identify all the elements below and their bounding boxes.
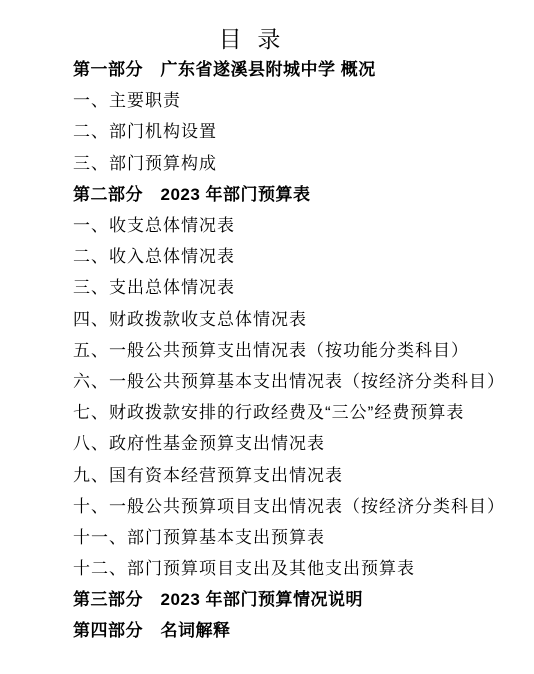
- toc-entry: 二、部门机构设置: [73, 114, 518, 145]
- toc-entry: 六、一般公共预算基本支出情况表（按经济分类科目）: [73, 364, 518, 395]
- page-title: 目 录: [73, 26, 427, 52]
- toc-entry: 四、财政拨款收支总体情况表: [73, 302, 518, 333]
- table-of-contents: 目 录 第一部分 广东省遂溪县附城中学 概况 一、主要职责 二、部门机构设置 三…: [73, 26, 518, 645]
- toc-entry: 五、一般公共预算支出情况表（按功能分类科目）: [73, 333, 518, 364]
- toc-entry: 十、一般公共预算项目支出情况表（按经济分类科目）: [73, 489, 518, 520]
- toc-entry: 九、国有资本经营预算支出情况表: [73, 457, 518, 488]
- toc-entry: 十二、部门预算项目支出及其他支出预算表: [73, 551, 518, 582]
- toc-section-heading: 第二部分 2023 年部门预算表: [73, 177, 518, 208]
- document-page: 目 录 第一部分 广东省遂溪县附城中学 概况 一、主要职责 二、部门机构设置 三…: [0, 0, 534, 674]
- toc-entry: 二、收入总体情况表: [73, 239, 518, 270]
- toc-entry: 三、部门预算构成: [73, 146, 518, 177]
- toc-section-heading: 第四部分 名词解释: [73, 613, 518, 644]
- toc-section-heading: 第一部分 广东省遂溪县附城中学 概况: [73, 52, 518, 83]
- toc-entry: 七、财政拨款安排的行政经费及“三公”经费预算表: [73, 395, 518, 426]
- toc-section-heading: 第三部分 2023 年部门预算情况说明: [73, 582, 518, 613]
- toc-entry: 一、收支总体情况表: [73, 208, 518, 239]
- toc-entry: 八、政府性基金预算支出情况表: [73, 426, 518, 457]
- toc-entry: 十一、部门预算基本支出预算表: [73, 520, 518, 551]
- toc-entry: 三、支出总体情况表: [73, 270, 518, 301]
- toc-list: 第一部分 广东省遂溪县附城中学 概况 一、主要职责 二、部门机构设置 三、部门预…: [73, 52, 518, 645]
- toc-entry: 一、主要职责: [73, 83, 518, 114]
